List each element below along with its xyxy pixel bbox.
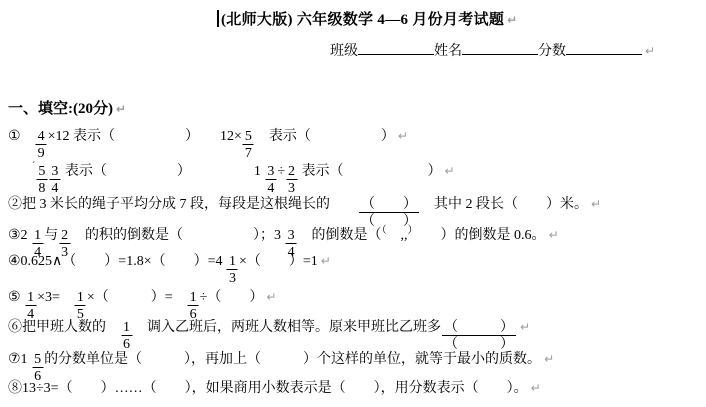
- fraction: 23: [59, 226, 70, 246]
- problem-p1a: ① 49×12 表示（ ） 12×57 表示（ ）↵: [8, 126, 408, 147]
- text-run: ÷（ ）: [200, 290, 264, 305]
- problem-p7: ⑦1 56的分数单位是（ ），再加上（ ）个这样的单位，就等于最小的质数。↵: [8, 349, 554, 370]
- fraction: 58: [36, 162, 47, 182]
- fraction: 16: [121, 318, 132, 338]
- fraction: （ ）（ ）: [359, 195, 419, 215]
- text-run: [18, 164, 32, 179]
- fraction-denominator: 3: [227, 269, 238, 287]
- text-run: 表示（ ） 1: [61, 164, 264, 179]
- text-run: ,,: [387, 228, 408, 243]
- fraction: 16: [188, 288, 199, 308]
- score-blank-line: [566, 39, 642, 55]
- document-title-text: (北师大版) 六年级数学 4—6 月份月考试题: [221, 12, 504, 28]
- text-run: 其中 2 段长（ ）米。: [420, 197, 588, 212]
- fraction: 23: [286, 162, 297, 182]
- paragraph-mark-icon: ↵: [116, 102, 126, 116]
- problem-p6: ⑥把甲班人数的 16 调入乙班后，两班人数相等。原来甲班比乙班多（ ）（ ）↵: [8, 317, 530, 338]
- text-run: ⑦1: [8, 352, 31, 367]
- class-label: 班级: [330, 44, 358, 59]
- paragraph-mark-icon: ↵: [520, 320, 530, 334]
- fraction: 14: [32, 226, 43, 246]
- text-run: ②把 3 米长的绳子平均分成 7 段，每段是这根绳长的: [8, 197, 358, 212]
- text-run: ÷: [277, 164, 285, 179]
- text-run: ③2: [8, 228, 31, 243]
- problem-p1b: ´5834 表示（ ） 1 34÷23 表示（ ）↵: [18, 157, 455, 182]
- paragraph-mark-icon: ↵: [321, 254, 331, 268]
- text-run: 与: [44, 228, 58, 243]
- fraction: 14: [25, 288, 36, 308]
- name-label: 姓名: [434, 44, 462, 59]
- fraction: 34: [49, 162, 60, 182]
- problem-p3: ③2 14与23 的积的倒数是（ ）；3 34 的倒数是（（ ,,） ）的倒数是…: [8, 221, 559, 246]
- fraction: 56: [32, 350, 43, 370]
- problem-p2: ②把 3 米长的绳子平均分成 7 段，每段是这根绳长的 （ ）（ ） 其中 2 …: [8, 194, 601, 215]
- text-run: 的积的倒数是（ ）；3: [71, 228, 285, 243]
- cursor-bar: [217, 10, 219, 27]
- section-heading: 一、填空:(20分)↵: [8, 97, 126, 118]
- paragraph-mark-icon: ↵: [591, 197, 601, 211]
- fraction: 13: [227, 252, 238, 272]
- text-run: ⑥把甲班人数的: [8, 320, 120, 335]
- text-run: ）的倒数是 0.6。: [413, 228, 546, 243]
- paragraph-mark-icon: ↵: [398, 129, 408, 143]
- text-run: ⑤: [8, 290, 24, 305]
- paragraph-mark-icon: ↵: [549, 228, 559, 242]
- paragraph-mark-icon: ↵: [507, 13, 517, 27]
- text-run: ×（ ）=: [87, 290, 187, 305]
- problem-p4: ④0.625∧（ ）=1.8×（ ）=4 13×（ ）=1↵: [8, 251, 331, 272]
- fraction: （ ）（ ）: [442, 318, 516, 338]
- text-run: ×12 表示（ ） 12×: [48, 129, 242, 144]
- text-run: 的分数单位是（ ），再加上（ ）个这样的单位，就等于最小的质数。: [44, 352, 541, 367]
- text-run: ④0.625∧（ ）=1.8×（ ）=4: [8, 254, 226, 269]
- fraction: 34: [265, 162, 276, 182]
- score-label: 分数: [538, 44, 566, 59]
- paragraph-mark-icon: ↵: [544, 352, 554, 366]
- fraction: 57: [243, 127, 254, 147]
- text-run: ⑧13÷3=（ ）……（ ），如果商用小数表示是（ ），用分数表示（ ）。: [8, 381, 528, 396]
- text-run: ×（ ）=1: [239, 254, 318, 269]
- text-run: 调入乙班后，两班人数相等。原来甲班比乙班多: [133, 320, 441, 335]
- fraction: 49: [36, 127, 47, 147]
- text-run: 表示（ ）: [298, 164, 442, 179]
- paragraph-mark-icon: ↵: [266, 290, 276, 304]
- stray-superscript-mark: ´: [32, 161, 35, 172]
- section-heading-text: 一、填空:(20分): [8, 101, 113, 117]
- text-run: 的倒数是（: [298, 228, 382, 243]
- problem-p5: ⑤ 14×3= 15×（ ）= 16÷（ ）↵: [8, 287, 276, 308]
- paragraph-mark-icon: ↵: [645, 44, 655, 58]
- text-run: 表示（ ）: [255, 129, 395, 144]
- text-run: ×3=: [37, 290, 74, 305]
- document-title: (北师大版) 六年级数学 4—6 月份月考试题↵: [217, 8, 518, 29]
- header-fields: 班级姓名分数↵: [330, 39, 655, 60]
- problem-p8: ⑧13÷3=（ ）……（ ），如果商用小数表示是（ ），用分数表示（ ）。↵: [8, 378, 541, 399]
- fraction: 34: [286, 226, 297, 246]
- paragraph-mark-icon: ↵: [445, 164, 455, 178]
- text-run: ①: [8, 129, 35, 144]
- name-blank-line: [462, 39, 538, 55]
- class-blank-line: [358, 39, 434, 55]
- paragraph-mark-icon: ↵: [531, 381, 541, 395]
- exam-paper-page: (北师大版) 六年级数学 4—6 月份月考试题↵ 班级姓名分数↵ 一、填空:(2…: [0, 0, 706, 407]
- fraction: 15: [75, 288, 86, 308]
